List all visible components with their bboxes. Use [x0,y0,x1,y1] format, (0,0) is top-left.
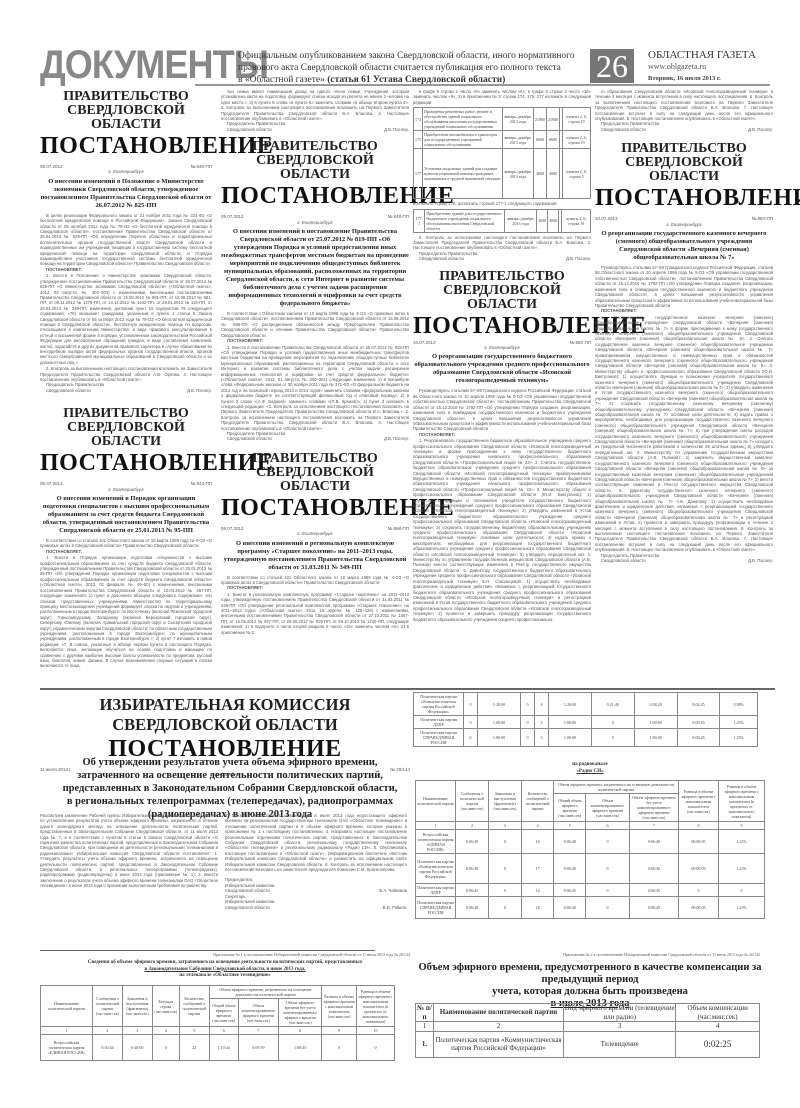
table-cell: 0 [719,884,765,897]
table-cell: 0 [488,830,521,854]
table-cell: 0 [586,884,630,897]
table-header-cell: Сообщения о политической партии (час:мин… [93,986,123,1027]
table-cell: Политическая партия СПРАВЕДЛИВАЯ РОССИЯ [414,729,464,747]
table-cell: Установка модульных зданий для создания … [423,149,503,199]
table-cell: 0:06:40 [554,854,586,884]
decree-date: 10.07.2013 [413,340,436,345]
program-table-addition: 177-1Приобретение зданий для государстве… [413,209,591,233]
table-cell: 8600 [534,131,547,149]
table-cell: Телевидение [564,1031,676,1057]
table-cell: 1. [416,1031,434,1057]
table-cell: пункты 2, 6, строка 19 [562,209,591,232]
table-cell: 6 [586,822,630,830]
decree-subject: О внесении изменений в Положение о Минис… [40,178,212,210]
secretary-signature: СекретарьИзбирательной комиссииСвердловс… [225,894,407,910]
table-cell: 4000 [534,149,547,199]
table-header-cell: Объем эфирного времени, затраченного на … [209,986,322,999]
table-cell: 0 [520,716,534,729]
table-cell: 4 [534,693,548,716]
table-cell: 00:00:05 [678,897,718,919]
table-cell: 0 [591,716,634,729]
table-cell: 1,23% [719,830,765,854]
section-divider [40,688,415,690]
table-cell: Приобретение зданий для государственного… [425,209,505,232]
table-cell: 1 [416,822,456,830]
table-cell: 0 [678,884,718,897]
table-cell: 0:00:45 [677,716,720,729]
table-cell: 4 [676,1022,760,1032]
table-cell: 1,23% [719,897,765,919]
table-header-cell: Объем компенсированного эфирного времени… [586,794,630,822]
table-cell: январь–декабрь 2013 года [502,131,533,149]
radio-table: Наименование политической партии Сообщен… [415,780,765,919]
table-cell: 0:30:44 [93,1035,123,1061]
table-cell: 2 [93,1027,123,1035]
table-header-cell: Объем компенсированного эфирного времени… [238,999,278,1027]
table-cell: Политическая партия ЛДПР [414,716,464,729]
decree-title: ПОСТАНОВЛЕНИЕ [40,449,212,477]
table-cell: 174 [414,108,423,131]
decree-subject: О внесении изменений в постановление Пра… [221,228,409,308]
table-header-cell: Общий объем эфирного времени (час:мин:се… [209,999,238,1027]
table-header-cell: Сообщения о политической партии (час:мин… [456,781,489,822]
table-cell: 3 [564,1022,676,1032]
table-cell: 0 [586,897,630,919]
program-table: 174Проведение ремонтных работ, ремонт и … [413,107,591,199]
table-part: 12345678910 [41,1027,395,1035]
table-cell: 0 [586,854,630,884]
decree-title: ПОСТАНОВЛЕНИЕ [413,312,591,340]
decree-882: ПРАВИТЕЛЬСТВО СВЕРДЛОВСКОЙ ОБЛАСТИ ПОСТА… [413,270,591,622]
table-row: Политическая партия «Коммунистическая па… [414,693,758,716]
table-cell: 7 [238,1027,278,1035]
table-cell: 3,98% [720,693,758,716]
table-cell: Всероссийская политическая партия «ЕДИНА… [41,1035,93,1061]
table-cell: Политическая партия «Коммунистическая па… [414,693,464,716]
table-cell: 177-1 [414,209,425,232]
tv-table: Наименование политической партии Сообщен… [40,985,395,1061]
tv-appendix-title: Сведения об объеме эфирного времени, зат… [40,960,410,980]
table-cell: 00:00:05 [678,854,718,884]
section-title: ДОКУМЕНТЫ [40,47,268,83]
table-cell: пункты 2, 6, строка 19 [563,131,591,149]
chair-signature: ПредседательИзбирательной комиссииСвердл… [225,877,407,893]
table-cell: 0:06:40 [554,830,586,854]
table-cell: 5 [179,1027,209,1035]
table-cell: Политическая партия «Коммунистическая па… [416,854,456,884]
table-cell: 10 [356,1027,394,1035]
decree-number: № 882-ПП [569,340,591,345]
table-cell: 1 [416,1022,434,1032]
table-row: Всероссийская политическая партия «ЕДИНА… [41,1035,395,1061]
table-cell: 5 [554,822,586,830]
table-header-cell: Вид эфирного времени (телевидение или ра… [564,1004,676,1022]
table-cell: 1:00:00 [549,716,592,729]
decree-number: № 868-ПП [387,526,409,531]
publication-notice: Официальным опубликованием закона Свердл… [238,50,578,86]
decree-title: ПОСТАНОВЛЕНИЕ [221,182,409,210]
table-cell: январь–декабрь 2013 года [505,209,537,232]
table-row: 177-1Приобретение зданий для государстве… [414,209,591,232]
table-row: 1.Политическая партия «Коммунистическая … [416,1031,760,1057]
table-cell: 0 [464,716,478,729]
table-row: Политическая партия СПРАВЕДЛИВАЯ РОССИЯ0… [416,897,765,919]
page-header: ДОКУМЕНТЫ Официальным опубликованием зак… [40,47,770,83]
table-header-cell: Объем эфирного времени без учета компенс… [279,999,322,1027]
table-header-cell: Наименование политической партии [416,781,456,822]
compensation-caption: Приложение № 2 к постановлению Избирател… [415,952,760,957]
tv-appendix: Приложение № 1 к постановлению Избирател… [40,952,410,957]
table-cell: 18 [521,897,554,919]
table-header-cell: Объем эфирного времени без учета компенс… [629,794,678,822]
decree-date: 05.07.2013 [40,481,63,486]
decree-884: ПРАВИТЕЛЬСТВО СВЕРДЛОВСКОЙ ОБЛАСТИ ПОСТА… [595,142,773,563]
table-cell: 0 [520,693,534,716]
column-4: го образования Свердловской области «Исо… [595,88,773,563]
table-cell: 1:00:00 [478,729,521,747]
table-cell: 4000 [548,209,559,232]
commission-org: ИЗБИРАТЕЛЬНАЯ КОМИССИЯ СВЕРДЛОВСКОЙ ОБЛА… [40,695,410,735]
table-cell: 3 [488,822,521,830]
divider [40,950,375,951]
table-cell: 0 [586,830,630,854]
table-cell: 1:20:00 [478,693,521,716]
table-cell: Политическая партия СПРАВЕДЛИВАЯ РОССИЯ [416,897,456,919]
decree-title: ПОСТАНОВЛЕНИЕ [40,132,212,160]
table-cell: январь–декабрь 2013 года [502,108,533,131]
table-cell: 0:40:00 [123,1035,153,1061]
signer-name: Д.В. Паслер. [187,388,212,393]
table-cell: 0:06:40 [456,854,489,884]
table-cell: 4 [521,822,554,830]
table-cell: 3 [534,716,548,729]
table-cell: 0:21:40 [591,693,634,716]
table-cell: 0:06:40 [629,897,678,919]
table-cell: 0:06:45 [456,884,489,897]
table-cell: 2 [434,1022,564,1032]
compensation-table: № п/пНаименование политической партииВид… [415,1003,760,1058]
table-cell: 7 [629,822,678,830]
decree-subject: О реорганизации государственного бюджетн… [413,353,591,385]
table-cell: Политическая партия ЛДПР [416,884,456,897]
table-header-cell: Разница в объеме эфирного времени с макс… [356,986,394,1027]
table-cell: 1,23% [720,716,758,729]
table-cell: 17 [521,854,554,884]
table-cell: 0:58:20 [634,693,677,716]
table-row: 177Установка модульных зданий для создан… [414,149,591,199]
table-header-cell: Наименование политической партии [41,986,93,1027]
table-header-cell: № п/п [416,1004,434,1022]
decree-number: № 840-ПП [190,164,212,169]
table-cell: 1,23% [720,729,758,747]
table-cell: 0:02:25 [676,1031,760,1057]
table-cell: Проведение ремонтных работ, ремонт и обу… [423,108,503,131]
table-cell: 8 [678,822,718,830]
table-cell: 0 [464,729,478,747]
table-cell: 9 [719,822,765,830]
decree-843: ПРАВИТЕЛЬСТВО СВЕРДЛОВСКОЙ ОБЛАСТИ ПОСТА… [40,407,212,669]
table-cell: 4 [152,1027,179,1035]
table-row: Всероссийская политическая партия «ЕДИНА… [416,830,765,854]
table-cell: 0 [152,1035,179,1061]
table-cell: 0:00:45 [677,729,720,747]
column-3: в графе 5 строки 2 число «8» заменить чи… [413,88,591,622]
table-cell: 0 [488,884,521,897]
commission-body-left: Рассмотрев заключение Рабочей группы Изб… [40,813,218,889]
table-cell: 0:06:40 [456,830,489,854]
table-cell: 0:06:45 [554,884,586,897]
table-cell: пункты 2, 6, строка 5 [563,149,591,199]
decree-title: ПОСТАНОВЛЕНИЕ [595,184,773,212]
table-cell: 3 [534,729,548,747]
table-part: № п/пНаименование политической партииВид… [416,1004,760,1022]
table-cell: 0:06:40 [629,854,678,884]
table-row: Политическая партия ЛДПР01:00:00031:00:0… [414,716,758,729]
table-cell: 22 [179,1035,209,1061]
table-cell: 4000 [547,149,560,199]
column-2: чьи семьи имеют наименьший доход на одно… [221,88,409,635]
table-cell: Политическая партия «Коммунистическая па… [434,1031,564,1057]
table-part: Наименование политической партии Сообщен… [416,781,765,794]
column-1: ПРАВИТЕЛЬСТВО СВЕРДЛОВСКОЙ ОБЛАСТИ ПОСТА… [40,90,212,669]
table-cell: 9 [322,1027,357,1035]
table-cell: 0 [488,854,521,884]
decree-date: 05.07.2013 [221,214,244,219]
table-header-cell: Объем эфирного времени, затраченного на … [554,781,678,794]
decree-840: ПРАВИТЕЛЬСТВО СВЕРДЛОВСКОЙ ОБЛАСТИ ПОСТА… [40,90,212,393]
table-header-cell: Разница в объеме эфирного времени с макс… [719,781,765,822]
table-cell: 6 [209,1027,238,1035]
table-header-cell: Общий объем эфирного времени (час:мин:се… [554,794,586,822]
table-cell: 175 [414,131,423,149]
site-link[interactable]: www.oblgazeta.ru [648,61,756,73]
decree-date: 08.07.2013 [221,526,244,531]
table-cell: 4000 [537,209,548,232]
table-cell: 1:00:00 [549,729,592,747]
decree-date: 10.07.2013 [595,216,618,221]
decree-number: № 843-ПП [190,481,212,486]
table-header-cell: Заявления и выступления (фрагменты) (час… [123,986,153,1027]
table-cell: пункты 2, 6, строка 19 [563,108,591,131]
table-cell: 0 [464,693,478,716]
table-cell: Приобретение автомобильного транспорта д… [423,131,503,149]
table-cell: 14 [521,884,554,897]
masthead: ОБЛАСТНАЯ ГАЗЕТА www.oblgazeta.ru Вторни… [648,49,756,85]
table-cell: 16 [521,830,554,854]
table-cell: 1:10:44 [209,1035,238,1061]
table-header-cell: Количество сообщений о политической парт… [179,986,209,1027]
table-cell: 0 [356,1035,394,1061]
table-cell: 0 [520,729,534,747]
table-cell: 21900 [547,108,560,131]
table-cell: 0:06:40 [554,897,586,919]
table-cell: 3 [123,1027,153,1035]
table-cell: 0 [488,897,521,919]
table-cell: 0:02:25 [677,693,720,716]
table-cell: 1:00:00 [634,716,677,729]
table-row: Политическая партия «Коммунистическая па… [416,854,765,884]
table-row: 174Проведение ремонтных работ, ремонт и … [414,108,591,131]
table-cell: 1:20:00 [549,693,592,716]
table-cell: январь–декабрь 2013 года [502,149,533,199]
table-cell: 1:00:45 [279,1035,322,1061]
table-header-cell: Наименование политической партии [434,1004,564,1022]
decree-title: ПОСТАНОВЛЕНИЕ [221,494,409,522]
table-part: 123456789 [416,822,765,830]
tv-table-continued: Политическая партия «Коммунистическая па… [413,692,758,747]
table-cell: 1,23% [719,854,765,884]
table-header-cell: Разница в объеме эфирного времени с макс… [678,781,718,822]
table-cell: 0 [322,1035,357,1061]
table-part: Наименование политической партии Сообщен… [41,986,395,999]
table-cell: 1 [41,1027,93,1035]
commission-body-right: 3. Признать необходимость компенсации в … [225,813,407,910]
table-cell: Всероссийская политическая партия «ЕДИНА… [416,830,456,854]
table-header-cell: Количество сообщений о политической парт… [521,781,554,822]
decree-number: № 884-ПП [751,216,773,221]
paper-name: ОБЛАСТНАЯ ГАЗЕТА [648,49,756,61]
decree-subject: О внесении изменений в Порядок организац… [40,495,212,535]
table-cell: 177 [414,149,423,199]
decree-date: 05.07.2013 [40,164,63,169]
table-cell: 0:06:45 [629,884,678,897]
table-header-cell: Заявления и выступления (фрагменты) (час… [488,781,521,822]
table-cell: 0:06:40 [629,830,678,854]
table-cell: 0:06:40 [456,897,489,919]
table-cell: 00:00:05 [678,830,718,854]
page-number: 26 [590,49,634,83]
commission-subject: Об утверждении результатов учета объема … [60,756,400,821]
table-header-cell: Объем компенсации (час:мин:сек) [676,1004,760,1022]
section-divider [413,688,775,690]
decree-848: ПРАВИТЕЛЬСТВО СВЕРДЛОВСКОЙ ОБЛАСТИ ПОСТА… [221,140,409,442]
table-cell: 1:00:00 [634,729,677,747]
header-divider [195,84,770,86]
table-row: Политическая партия ЛДПР0:06:450140:06:4… [416,884,765,897]
table-part: 1234 [416,1022,760,1032]
table-row: Политическая партия СПРАВЕДЛИВАЯ РОССИЯ0… [414,729,758,747]
table-cell: 1:00:00 [478,716,521,729]
table-cell: 2 [456,822,489,830]
table-cell: 21900 [534,108,547,131]
decree-subject: О внесении изменений в региональную комп… [221,540,409,572]
table-cell: 0 [591,729,634,747]
decree-868: ПРАВИТЕЛЬСТВО СВЕРДЛОВСКОЙ ОБЛАСТИ ПОСТА… [221,452,409,635]
table-cell: 8600 [547,131,560,149]
decree-subject: О реорганизации государственного казенно… [595,230,773,262]
radio-appendix-title: на радиоканале «Радио СИ» [415,762,765,775]
decree-number: № 848-ПП [387,214,409,219]
table-row: 175Приобретение автомобильного транспорт… [414,131,591,149]
table-header-cell: Бегущая строка (час:мин:сек) [152,986,179,1027]
table-cell: 8 [279,1027,322,1035]
table-header-cell: Разница в объеме эфирного времени с макс… [322,986,357,1027]
table-cell: 0:09:59 [238,1035,278,1061]
